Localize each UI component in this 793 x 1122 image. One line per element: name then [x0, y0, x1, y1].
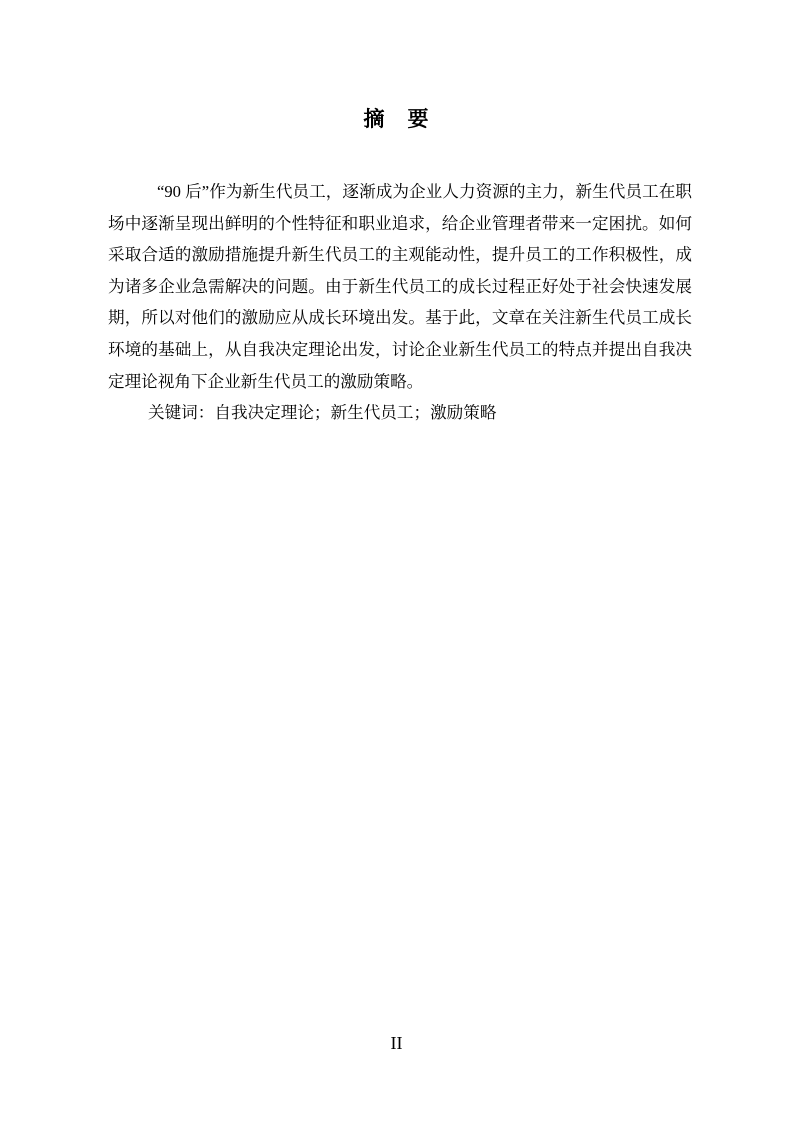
- abstract-line: 期，所以对他们的激励应从成长环境出发。基于此，文章在关注新生代员工成长: [108, 302, 692, 334]
- abstract-line: “90 后”作为新生代员工，逐渐成为企业人力资源的主力，新生代员工在职: [108, 176, 692, 208]
- keywords-line: 关键词：自我决定理论；新生代员工；激励策略: [108, 397, 692, 429]
- abstract-line: 定理论视角下企业新生代员工的激励策略。: [108, 366, 692, 398]
- document-page: 摘 要 “90 后”作为新生代员工，逐渐成为企业人力资源的主力，新生代员工在职 …: [0, 0, 793, 1122]
- abstract-line: 场中逐渐呈现出鲜明的个性特征和职业追求，给企业管理者带来一定困扰。如何: [108, 208, 692, 240]
- abstract-line: 采取合适的激励措施提升新生代员工的主观能动性，提升员工的工作积极性，成: [108, 239, 692, 271]
- abstract-line: 环境的基础上，从自我决定理论出发，讨论企业新生代员工的特点并提出自我决: [108, 334, 692, 366]
- abstract-line: 为诸多企业急需解决的问题。由于新生代员工的成长过程正好处于社会快速发展: [108, 271, 692, 303]
- page-number: II: [0, 1033, 793, 1053]
- page-title: 摘 要: [0, 108, 793, 132]
- abstract-paragraph: “90 后”作为新生代员工，逐渐成为企业人力资源的主力，新生代员工在职 场中逐渐…: [108, 176, 692, 429]
